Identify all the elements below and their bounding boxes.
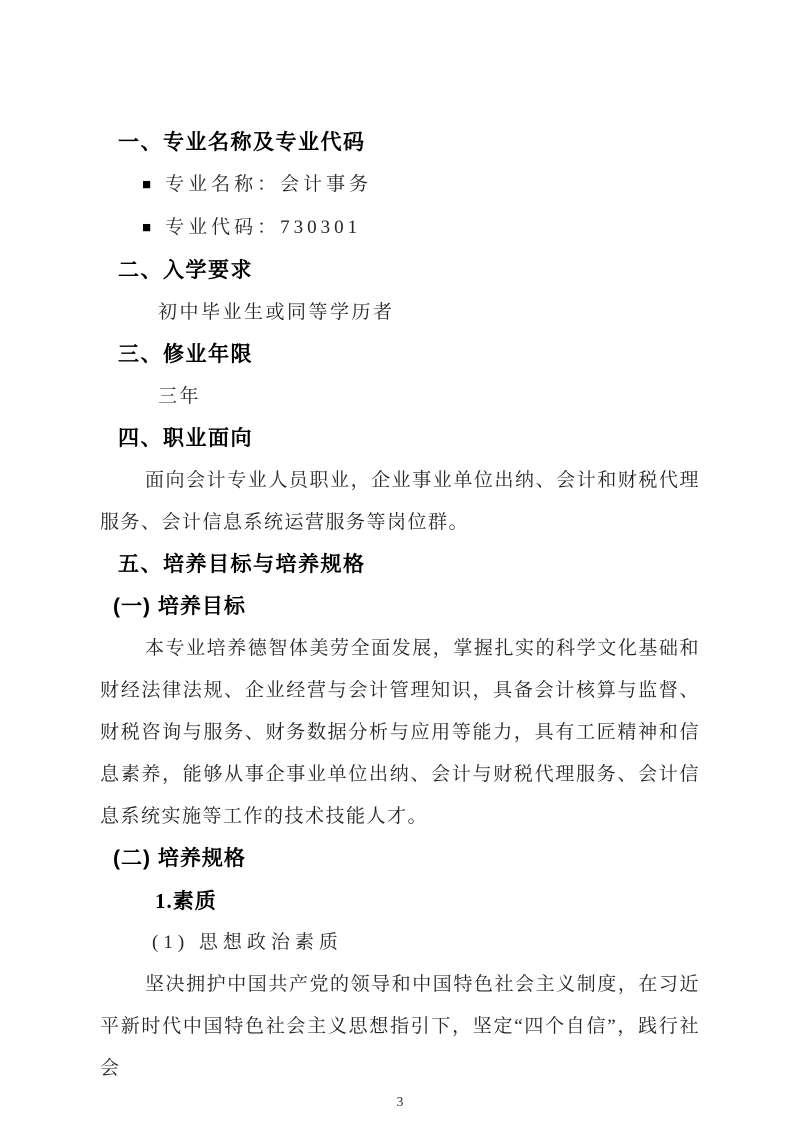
page-number: 3 xyxy=(100,1092,700,1112)
bullet-item-major-code: ■专业代码：730301 xyxy=(100,207,700,250)
item-ideological-political-quality: (1) 思想政治素质 xyxy=(100,922,700,964)
document-page: 一、专业名称及专业代码 ■专业名称：会计事务 ■专业代码：730301 二、入学… xyxy=(0,0,800,1131)
bullet-square-icon: ■ xyxy=(142,164,151,206)
text-schooling-duration: 三年 xyxy=(100,376,700,418)
paragraph-career-orientation: 面向会计专业人员职业，企业事业单位出纳、会计和财税代理服务、会计信息系统运营服务… xyxy=(100,460,700,544)
bullet-item-major-name-text: 专业名称：会计事务 xyxy=(165,174,372,195)
heading-professional-name-and-code: 一、专业名称及专业代码 xyxy=(100,122,700,164)
subheading-training-objectives: (一) 培养目标 xyxy=(100,586,700,628)
heading-training-objectives-and-specs: 五、培养目标与培养规格 xyxy=(100,544,700,586)
bullet-item-major-name: ■专业名称：会计事务 xyxy=(100,164,700,207)
bullet-square-icon: ■ xyxy=(142,207,151,249)
text-admission-requirement: 初中毕业生或同等学历者 xyxy=(100,292,700,334)
heading-admission-requirements: 二、入学要求 xyxy=(100,250,700,292)
heading-schooling-years: 三、修业年限 xyxy=(100,334,700,376)
bullet-item-major-code-text: 专业代码：730301 xyxy=(165,217,361,238)
subsubheading-quality: 1.素质 xyxy=(100,880,700,922)
heading-career-orientation: 四、职业面向 xyxy=(100,418,700,460)
paragraph-training-objectives: 本专业培养德智体美劳全面发展，掌握扎实的科学文化基础和财经法律法规、企业经营与会… xyxy=(100,628,700,838)
paragraph-ideological-political: 坚决拥护中国共产党的领导和中国特色社会主义制度，在习近平新时代中国特色社会主义思… xyxy=(100,964,700,1090)
subheading-training-specs: (二) 培养规格 xyxy=(100,838,700,880)
